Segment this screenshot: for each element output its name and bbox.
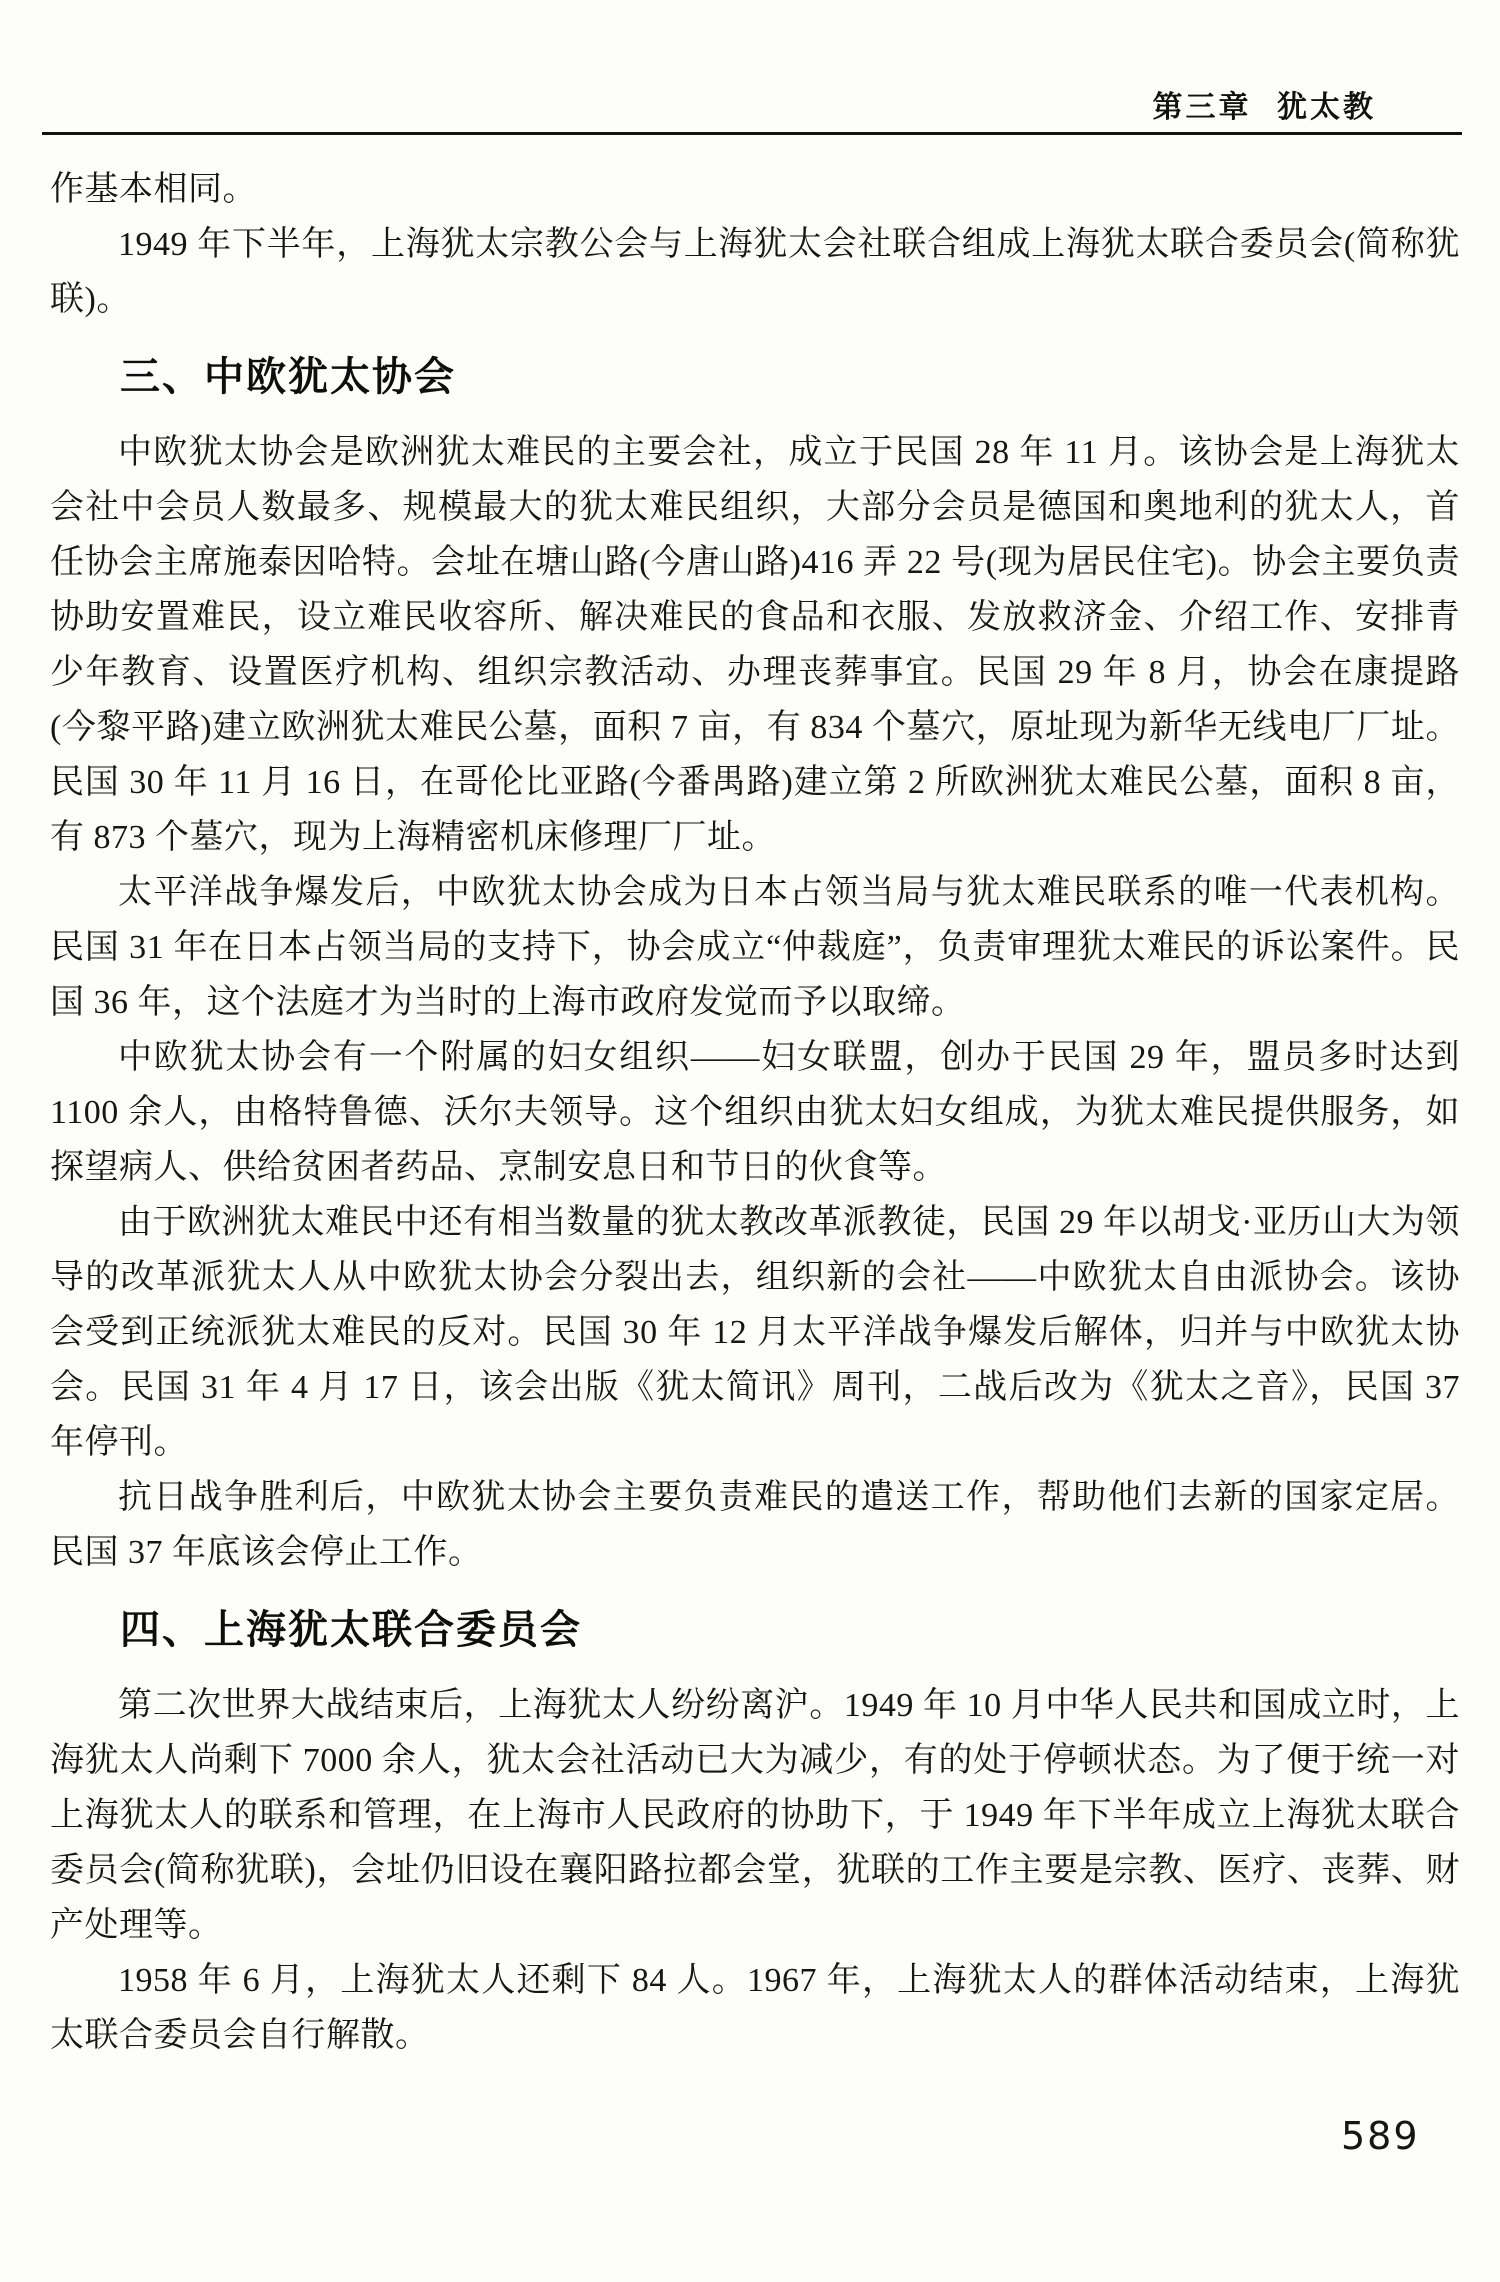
book-page: 第三章犹太教 作基本相同。 1949 年下半年，上海犹太宗教公会与上海犹太会社联… — [0, 0, 1500, 2282]
paragraph: 抗日战争胜利后，中欧犹太协会主要负责难民的遣送工作，帮助他们去新的国家定居。民国… — [50, 1470, 1460, 1580]
paragraph-continuation: 作基本相同。 — [50, 162, 1460, 217]
paragraph: 中欧犹太协会有一个附属的妇女组织——妇女联盟，创办于民国 29 年，盟员多时达到… — [50, 1030, 1460, 1195]
paragraph: 由于欧洲犹太难民中还有相当数量的犹太教改革派教徒，民国 29 年以胡戈·亚历山大… — [50, 1195, 1460, 1470]
page-content: 作基本相同。 1949 年下半年，上海犹太宗教公会与上海犹太会社联合组成上海犹太… — [50, 162, 1460, 2063]
chapter-label: 第三章 — [1153, 90, 1252, 125]
running-header: 第三章犹太教 — [0, 82, 1376, 126]
header-rule — [42, 132, 1462, 135]
paragraph: 第二次世界大战结束后，上海犹太人纷纷离沪。1949 年 10 月中华人民共和国成… — [50, 1678, 1460, 1953]
page-number: 589 — [1341, 2114, 1420, 2158]
chapter-title: 犹太教 — [1277, 90, 1376, 125]
paragraph: 1949 年下半年，上海犹太宗教公会与上海犹太会社联合组成上海犹太联合委员会(简… — [50, 217, 1460, 327]
section-heading-4: 四、上海犹太联合委员会 — [120, 1606, 1460, 1654]
paragraph: 中欧犹太协会是欧洲犹太难民的主要会社，成立于民国 28 年 11 月。该协会是上… — [50, 425, 1460, 865]
section-heading-3: 三、中欧犹太协会 — [120, 353, 1460, 401]
paragraph: 太平洋战争爆发后，中欧犹太协会成为日本占领当局与犹太难民联系的唯一代表机构。民国… — [50, 865, 1460, 1030]
paragraph: 1958 年 6 月，上海犹太人还剩下 84 人。1967 年，上海犹太人的群体… — [50, 1953, 1460, 2063]
